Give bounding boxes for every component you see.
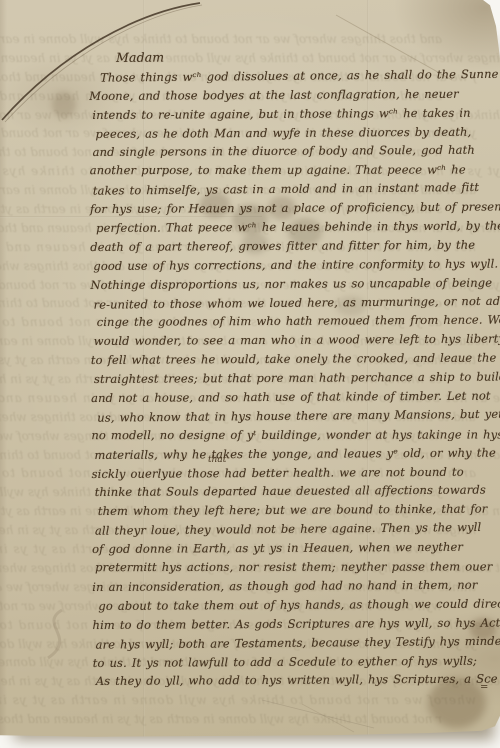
manuscript-line: another purpose, to make them up againe.… [90, 161, 483, 181]
manuscript-line: would wonder, to see a man who in a wood… [94, 330, 484, 351]
manuscript-paper: and thos thinges wherof we ar not bound … [0, 0, 500, 748]
manuscript-line: straightest trees; but that pore man hat… [94, 368, 484, 389]
manuscript-line: As they do yll, who add to hys written w… [96, 670, 486, 691]
manuscript-line: in an inconsideration, as though god had… [92, 576, 485, 597]
manuscript-line: go about to take them out of hys hands, … [98, 594, 485, 615]
manuscript-line: us, who know that in hys house there are… [97, 405, 484, 428]
manuscript-line: Nothinge disproportions us, nor makes us… [90, 273, 483, 294]
manuscript-line: him to do them better. As gods Scripture… [92, 613, 485, 634]
ink-stain [52, 92, 76, 118]
bleedthrough-line: r not bound to thinke hys wyll donne in … [0, 710, 500, 729]
manuscript-line: sickly ouerlyue those had better health.… [92, 462, 485, 483]
showthrough-flourish [48, 610, 62, 658]
bleedthrough-line: wherof we ar not bound to thinke hys wyl… [0, 691, 500, 710]
manuscript-line: Moone, and those bodyes at the last conf… [89, 84, 482, 105]
line-continuation-mark: = [480, 682, 487, 693]
manuscript-line: to us. It ys not lawfull to add a Scedul… [93, 651, 486, 672]
manuscript-line: of god donne in Earth, as yt ys in Heaue… [92, 538, 485, 559]
manuscript-line: death of a part thereof, growes fitter a… [90, 236, 483, 257]
scratch-bottom [302, 704, 354, 732]
interlinear-insertion: that [208, 455, 226, 465]
manuscript-line: and single persons in the diuorce of bod… [93, 141, 483, 162]
manuscript-line: pretermitt hys actions, nor resist them;… [95, 558, 485, 578]
manuscript-line: thinke that Souls departed haue deuested… [95, 481, 485, 502]
manuscript-line: re-united to those whom we loued here, a… [93, 292, 483, 315]
manuscript-line: peeces, as he doth Man and wyfe in these… [95, 122, 482, 143]
manuscript-line: Those things wᶜʰ god dissolues at once, … [92, 65, 482, 88]
manuscript-line: materialls, why he takes the yonge, and … [94, 443, 484, 464]
manuscript-line: intends to re-unite againe, but in those… [92, 103, 482, 124]
letter-text: MadamThose things wᶜʰ god dissolues at o… [92, 47, 486, 692]
scratch-bottom [262, 700, 374, 728]
manuscript-line: to fell what trees he would, take onely … [91, 349, 484, 370]
manuscript-line: perfection. That peece wᶜʰ he leaues beh… [96, 217, 483, 238]
manuscript-line: cinge the goodnes of him who hath remoue… [97, 311, 484, 332]
manuscript-line: are hys wyll; both are Testaments, becau… [96, 632, 486, 655]
manuscript-photo: and thos thinges wherof we ar not bound … [0, 0, 500, 748]
manuscript-line: no modell, no designe of yᵗ buildinge, w… [91, 425, 484, 445]
manuscript-line: good use of hys corrections, and the int… [93, 254, 483, 275]
manuscript-line: for hys use; for Heauen ys not a place o… [90, 198, 483, 219]
